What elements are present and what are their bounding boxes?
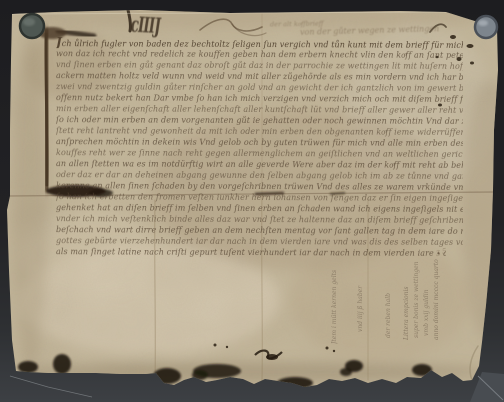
endorsement-column: der reben halb <box>385 256 395 338</box>
endorsement-column: super bonis ze wettingen <box>413 248 423 338</box>
endorsement-column: vmb xxij guldin <box>423 250 433 336</box>
shelfmark: cIIIJ <box>130 11 160 39</box>
endorsement-column: Littera empcionis <box>403 248 413 340</box>
fastener-left <box>20 14 44 38</box>
photo-of-parchment-charter: cIIIJ der alt koͧffbrieff von der gůter … <box>0 0 504 402</box>
endorsement-column: vnd iiij ß haber <box>357 268 367 332</box>
fastener-right <box>475 16 497 38</box>
endorsement-column: Jtem i mütt kernen gelts <box>331 258 341 344</box>
endorsement-column: anno domini mcccc quarto <box>433 248 443 340</box>
